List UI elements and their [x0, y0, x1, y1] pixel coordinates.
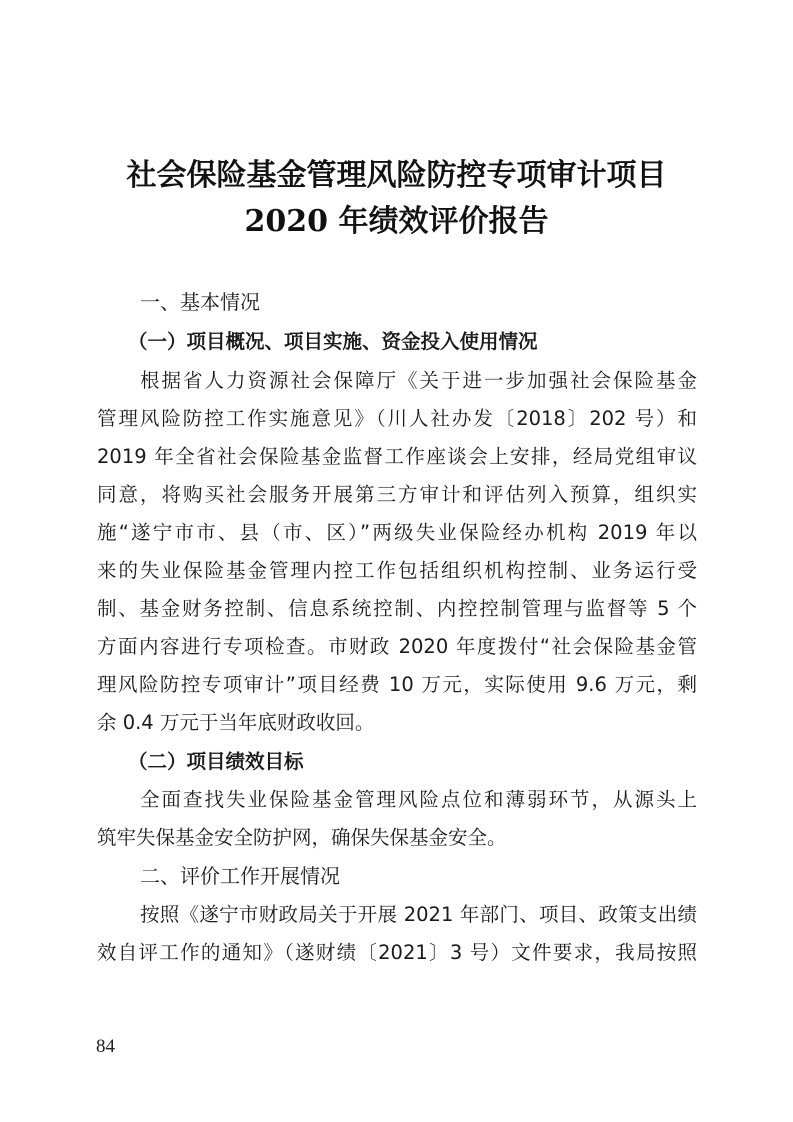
- section-1-2-heading: （二）项目绩效目标: [128, 746, 304, 774]
- section-1-heading: 一、基本情况: [140, 286, 260, 315]
- paragraph-line: 同意，将购买社会服务开展第三方审计和评估列入预算，组织实: [97, 479, 697, 507]
- paragraph-line: 2019 年全省社会保险基金监督工作座谈会上安排，经局党组审议: [97, 441, 697, 469]
- paragraph-line: 方面内容进行专项检查。市财政 2020 年度拨付“社会保险基金管: [97, 631, 697, 659]
- paragraph-line: 余 0.4 万元于当年底财政收回。: [97, 707, 374, 735]
- paragraph-line: 管理风险防控工作实施意见》（川人社办发〔2018〕202 号）和: [97, 403, 697, 431]
- paragraph-line: 筑牢失保基金安全防护网，确保失保基金安全。: [97, 822, 507, 850]
- section-1-1-heading: （一）项目概况、项目实施、资金投入使用情况: [128, 326, 538, 354]
- paragraph-line: 根据省人力资源社会保障厅《关于进一步加强社会保险基金: [140, 365, 697, 393]
- paragraph-line: 全面查找失业保险基金管理风险点位和薄弱环节，从源头上: [140, 784, 697, 812]
- paragraph-line: 效自评工作的通知》（遂财绩〔2021〕3 号）文件要求，我局按照: [97, 937, 697, 965]
- document-page: 社会保险基金管理风险防控专项审计项目 2020 年绩效评价报告 一、基本情况 （…: [0, 0, 793, 1122]
- title-line-2: 2020 年绩效评价报告: [0, 196, 793, 240]
- paragraph-line: 制、基金财务控制、信息系统控制、内控控制管理与监督等 5 个: [97, 593, 697, 621]
- section-2-heading: 二、评价工作开展情况: [140, 860, 340, 889]
- paragraph-line: 按照《遂宁市财政局关于开展 2021 年部门、项目、政策支出绩: [140, 899, 697, 927]
- title-line-1: 社会保险基金管理风险防控专项审计项目: [0, 150, 793, 194]
- paragraph-line: 理风险防控专项审计”项目经费 10 万元，实际使用 9.6 万元，剩: [97, 669, 697, 697]
- paragraph-line: 来的失业保险基金管理内控工作包括组织机构控制、业务运行受: [97, 555, 697, 583]
- paragraph-line: 施“遂宁市市、县（市、区）”两级失业保险经办机构 2019 年以: [97, 517, 697, 545]
- page-number: 84: [96, 1036, 115, 1058]
